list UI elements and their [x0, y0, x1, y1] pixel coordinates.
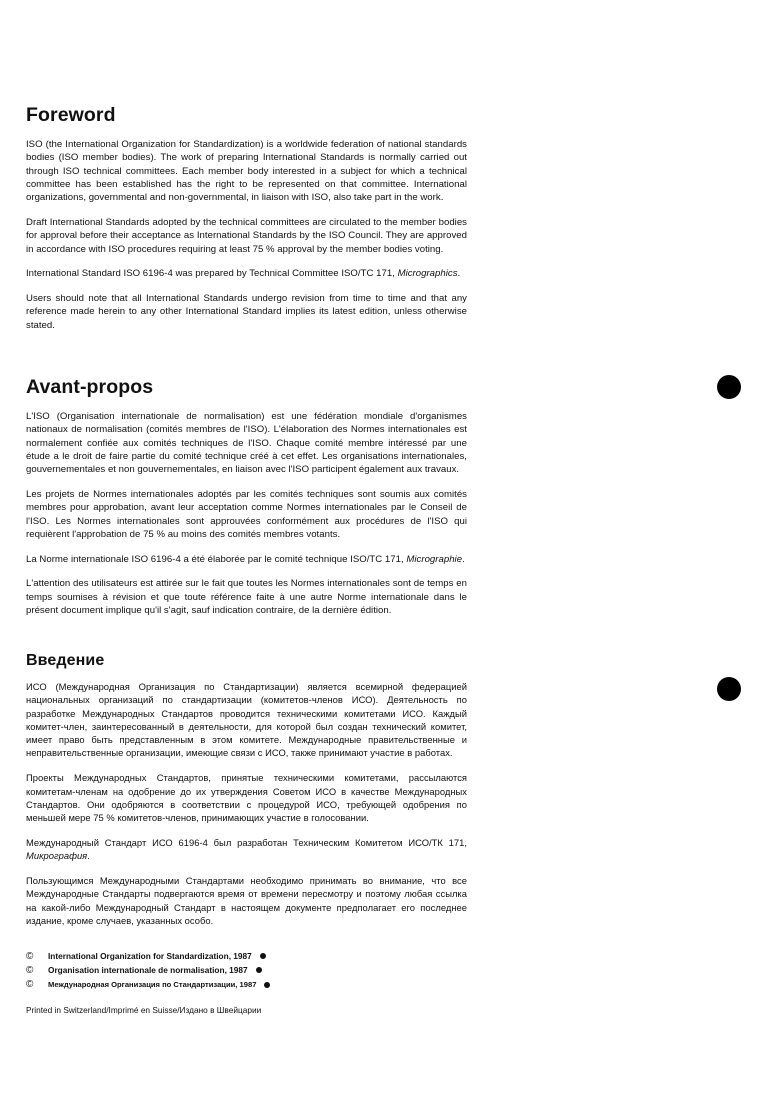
copyright-line-en: © International Organization for Standar…	[26, 949, 270, 963]
bullet-dot-icon	[256, 967, 262, 973]
vvedenie-heading: Введение	[26, 652, 467, 670]
copyright-text: International Organization for Standardi…	[48, 951, 252, 961]
avant-propos-heading: Avant-propos	[26, 376, 467, 399]
vvedenie-prepared-by: Международный Стандарт ИСО 6196-4 был ра…	[26, 836, 467, 863]
copyright-line-ru: © Международная Организация по Стандарти…	[26, 978, 270, 992]
vvedenie-paragraph-1: ИСО (Международная Организация по Станда…	[26, 680, 467, 760]
printed-in-note: Printed in Switzerland/Imprimé en Suisse…	[26, 1005, 261, 1015]
punch-hole-icon	[717, 375, 741, 399]
bullet-dot-icon	[260, 953, 266, 959]
avant-propos-prepared-by: La Norme internationale ISO 6196-4 a été…	[26, 553, 467, 566]
copyright-text: Organisation internationale de normalisa…	[48, 965, 248, 975]
copyright-block: © International Organization for Standar…	[26, 949, 270, 992]
vvedenie-note: Пользующимся Международными Стандартами …	[26, 874, 467, 927]
punch-hole-icon	[717, 677, 741, 701]
vvedenie-section: Введение ИСО (Международная Организация …	[26, 652, 467, 939]
prepared-by-text: La Norme internationale ISO 6196-4 a été…	[26, 554, 404, 565]
copyright-icon: ©	[26, 951, 48, 962]
avant-propos-paragraph-1: L'ISO (Organisation internationale de no…	[26, 410, 467, 476]
avant-propos-note: L'attention des utilisateurs est attirée…	[26, 577, 467, 617]
foreword-heading: Foreword	[26, 104, 467, 127]
copyright-icon: ©	[26, 979, 48, 990]
foreword-paragraph-1: ISO (the International Organization for …	[26, 138, 467, 204]
vvedenie-paragraph-2: Проекты Международных Стандартов, принят…	[26, 771, 467, 824]
copyright-icon: ©	[26, 965, 48, 976]
foreword-paragraph-2: Draft International Standards adopted by…	[26, 216, 467, 256]
avant-propos-section: Avant-propos L'ISO (Organisation interna…	[26, 376, 467, 629]
foreword-prepared-by: International Standard ISO 6196-4 was pr…	[26, 267, 467, 280]
copyright-line-fr: © Organisation internationale de normali…	[26, 963, 270, 977]
copyright-text: Международная Организация по Стандартиза…	[48, 980, 256, 989]
bullet-dot-icon	[264, 982, 270, 988]
prepared-by-text: International Standard ISO 6196-4 was pr…	[26, 268, 395, 279]
foreword-note: Users should note that all International…	[26, 292, 467, 332]
committee-name: Micrographie	[406, 554, 462, 565]
foreword-section: Foreword ISO (the International Organiza…	[26, 104, 467, 344]
prepared-by-text: Международный Стандарт ИСО 6196-4 был ра…	[26, 837, 467, 848]
committee-name: Микрография	[26, 850, 87, 861]
committee-name: Micrographics	[398, 268, 458, 279]
avant-propos-paragraph-2: Les projets de Normes internationales ad…	[26, 488, 467, 541]
